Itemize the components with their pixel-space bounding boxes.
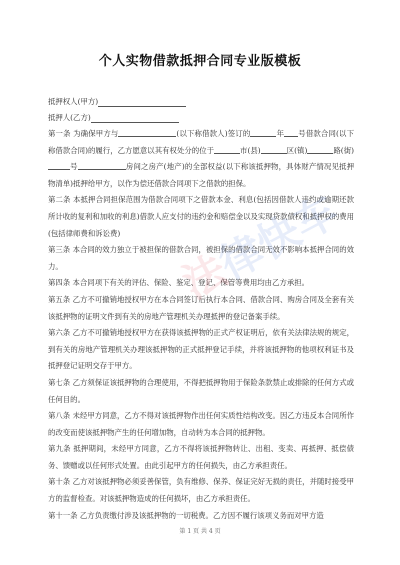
clause-7: 第七条 乙方须保证该抵押物的合理使用，不得把抵押物用于保险条款禁止或排除的任何方… [48,375,354,408]
blank-number [284,129,298,137]
clause-10: 第十条 乙方对该抵押物必须妥善保管，负有维修、保养、保证完好无损的责任，并随时接… [48,474,354,507]
clause-5: 第五条 乙方不可撤销地授权甲方在本合同签订后执行本合同、借款合同、购房合同及全套… [48,292,354,325]
clause-9: 第九条 抵押期间，未经甲方同意，乙方不得将该抵押物转让、出租、变卖、再抵押、抵偿… [48,441,354,474]
mortgagee-label: 抵押权人(甲方) [48,97,98,106]
clause-2: 第二条 本抵押合同担保范围为借款合同项下之借款本金、利息(包括因借款人违约或逾期… [48,192,354,242]
clause-6: 第六条 乙方不可撤销地授权甲方在获得该抵押物的正式产权证明后，依有关法律法规的规… [48,325,354,375]
blank-road [307,146,333,154]
blank-house-no [48,162,70,170]
document-page: 个人实物借款抵押合同专业版模板 抵押权人(甲方) 抵押人(乙方) 第一条 为确保… [0,0,400,565]
contract-body: 第一条 为确保甲方与(以下称借款人)签订的年号借款合同(以下称借款合同)的履行，… [48,126,354,524]
clause-8: 第八条 未经甲方同意，乙方不得对该抵押物作出任何实质性结构改变。因乙方违反本合同… [48,408,354,441]
mortgagor-field: 抵押人(乙方) [48,112,179,123]
mortgagee-field: 抵押权人(甲方) [48,96,186,107]
clause-3: 第三条 本合同的效力独立于被担保的借款合同，被担保的借款合同无效不影响本抵押合同… [48,242,354,275]
page-footer: 第 1 页 共 4 页 [0,526,400,535]
clause-4: 第四条 本合同项下有关的评估、保险、鉴定、登记、保管等费用均由乙方承担。 [48,275,354,292]
blank-borrower [118,129,176,137]
mortgagor-label: 抵押人(乙方) [48,113,91,122]
mortgagor-blank [91,115,179,123]
blank-year [250,129,276,137]
clause-11: 第十一条 乙方负责缴付涉及该抵押物的一切税费。乙方因不履行该项义务而对甲方造 [48,508,354,525]
document-title: 个人实物借款抵押合同专业版模板 [0,50,400,69]
clause-1: 第一条 为确保甲方与(以下称借款人)签订的年号借款合同(以下称借款合同)的履行，… [48,126,354,192]
blank-room [78,162,126,170]
blank-district [261,146,287,154]
mortgagee-blank [98,99,186,107]
blank-city [214,146,240,154]
